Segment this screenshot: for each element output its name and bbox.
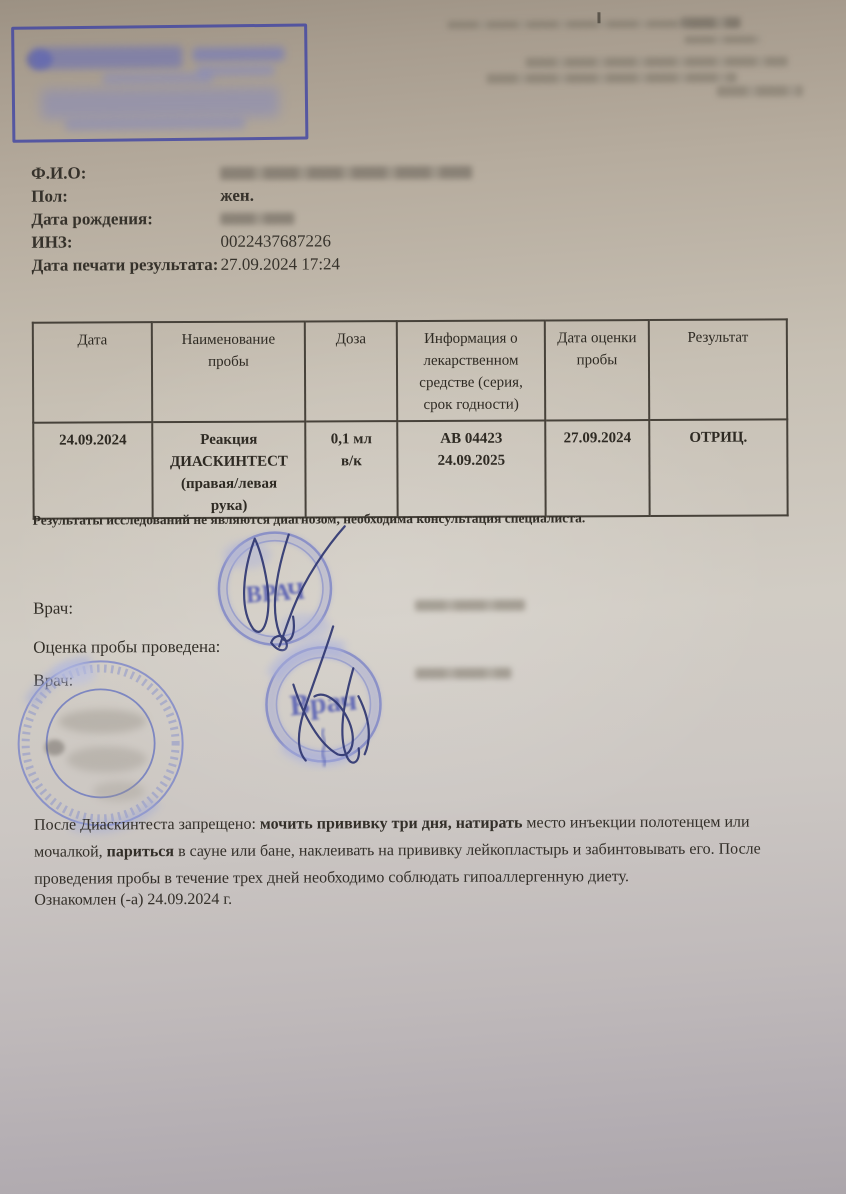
stamp-text-blur — [192, 47, 284, 62]
table-header-row: Дата Наименование пробы Доза Информация … — [33, 319, 787, 422]
table-header-cell: Дата оценки пробы — [545, 320, 649, 420]
large-round-seal — [18, 661, 183, 828]
doctor-round-stamp-2: Врач — [266, 626, 381, 766]
acknowledged-line: Ознакомлен (-а) 24.09.2024 г. — [34, 891, 232, 910]
redacted-line — [680, 17, 740, 28]
warning-text-bold: париться — [107, 843, 174, 860]
ink-mark — [597, 12, 600, 23]
redacted-line — [685, 36, 761, 44]
stamp-text-blur — [41, 87, 279, 120]
doctor-round-stamp-1: ВРАЧ — [219, 526, 346, 650]
gender-label: Пол: — [31, 184, 220, 208]
clinic-header-stamp — [11, 23, 308, 142]
fio-label: Ф.И.О: — [31, 161, 220, 185]
stamp-text-blur — [32, 46, 182, 70]
redacted-header-text — [0, 0, 843, 2]
aftercare-warning: После Диаскинтеста запрещено: мочить при… — [34, 808, 822, 892]
print-date-value: 27.09.2024 17:24 — [220, 252, 340, 276]
print-date-label: Дата печати результата: — [31, 253, 220, 277]
warning-text-bold: мочить прививку три дня, натирать — [260, 815, 523, 833]
table-header-cell: Наименование пробы — [152, 322, 305, 423]
warning-text: После Диаскинтеста запрещено: — [34, 816, 260, 834]
patient-info-block: Ф.И.О: Пол: жен. Дата рождения: ИНЗ: 002… — [31, 159, 591, 276]
inz-value: 0022437687226 — [220, 229, 331, 252]
redacted-line — [717, 85, 803, 96]
birthdate-label: Дата рождения: — [31, 207, 220, 231]
stamp-text-blur — [65, 117, 245, 131]
stamp-text-blur — [103, 72, 213, 85]
scanned-medical-document: Ф.И.О: Пол: жен. Дата рождения: ИНЗ: 002… — [0, 0, 846, 1194]
table-header-cell: Доза — [305, 321, 397, 421]
results-table: Дата Наименование пробы Доза Информация … — [32, 318, 789, 519]
table-header-cell: Дата — [33, 322, 152, 423]
table-header-cell: Результат — [649, 319, 787, 420]
table-header-cell: Информация о лекарственном средстве (сер… — [397, 320, 545, 421]
redacted-line — [526, 56, 788, 67]
redacted-patient-name — [220, 166, 472, 180]
inz-label: ИНЗ: — [31, 230, 220, 254]
redacted-line — [487, 73, 737, 84]
gender-value: жен. — [220, 184, 254, 207]
redacted-birthdate — [220, 213, 294, 225]
